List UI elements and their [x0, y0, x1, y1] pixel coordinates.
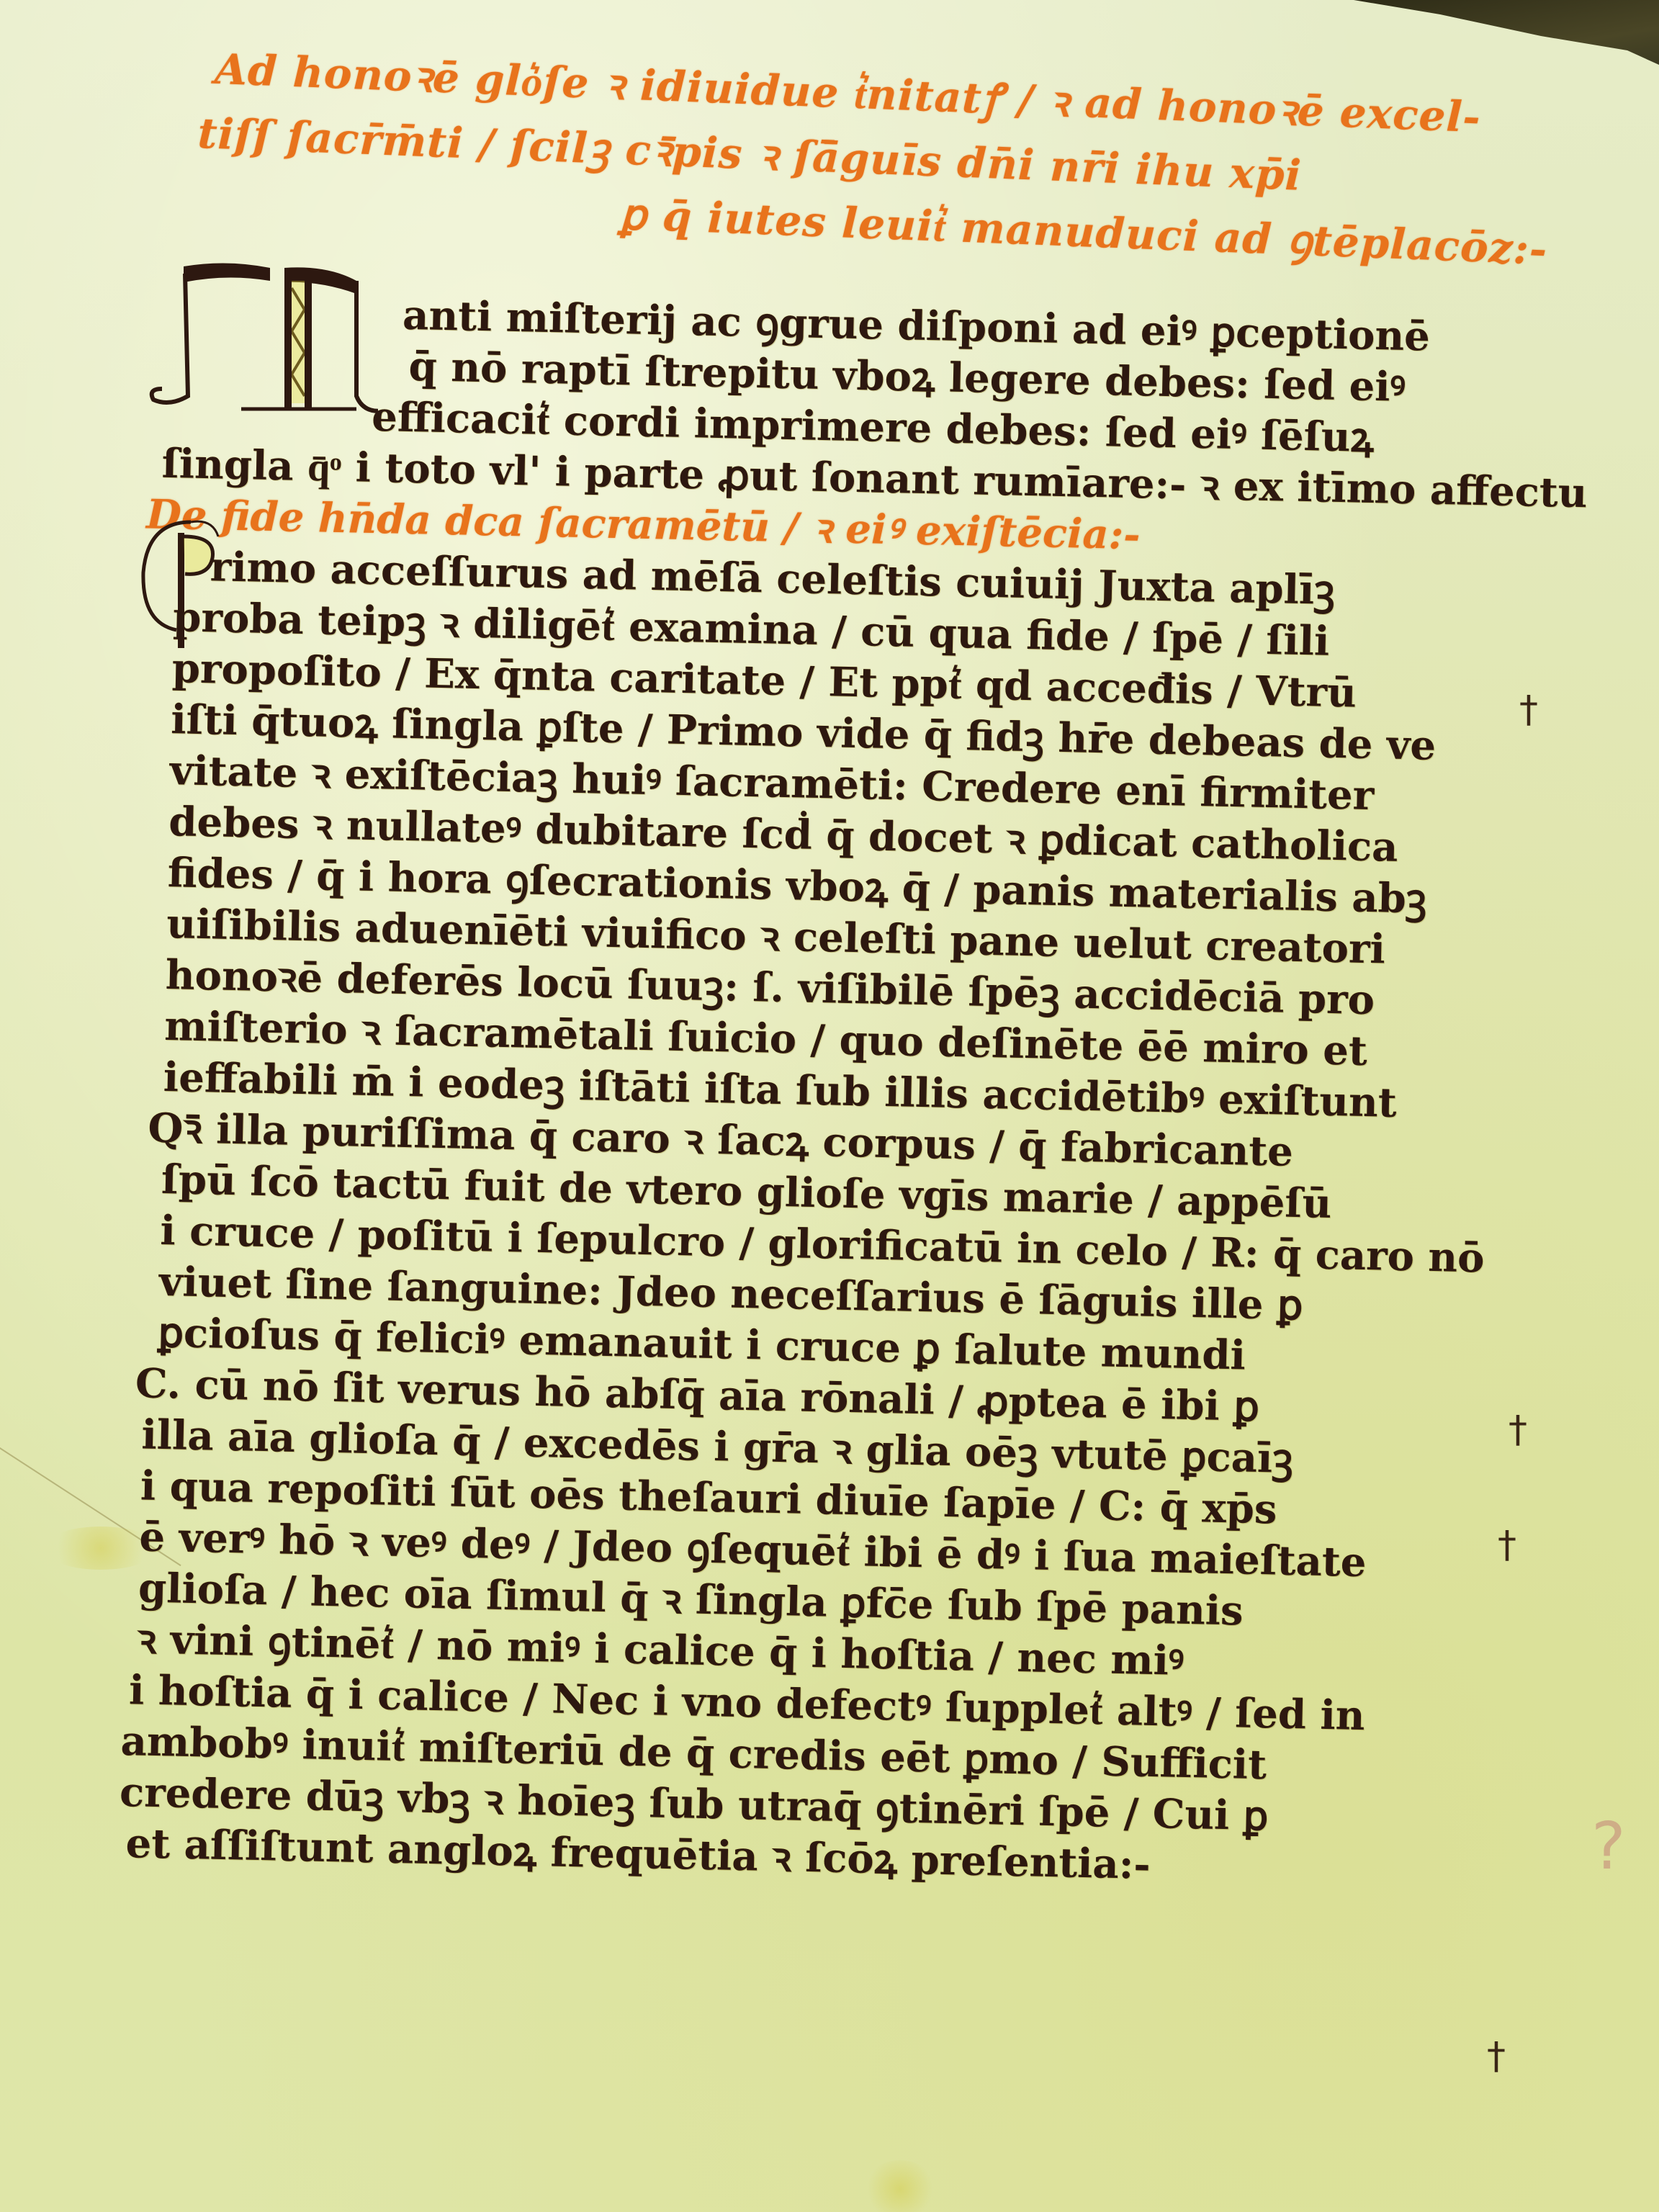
stain — [864, 2160, 936, 2212]
margin-question-mark-icon: ? — [1591, 1815, 1626, 1879]
decorated-initial-p-icon — [133, 515, 220, 652]
decorated-initial-t-icon — [140, 252, 378, 418]
margin-cross-icon: † — [1519, 691, 1538, 729]
margin-cross-icon: † — [1509, 1411, 1527, 1449]
margin-cross-icon: † — [1487, 2038, 1506, 2075]
margin-cross-icon: † — [1498, 1527, 1516, 1564]
body-text: anti miſterij ac ꝯgrue diſponi ad eiꝰ ꝑc… — [104, 284, 1548, 1899]
